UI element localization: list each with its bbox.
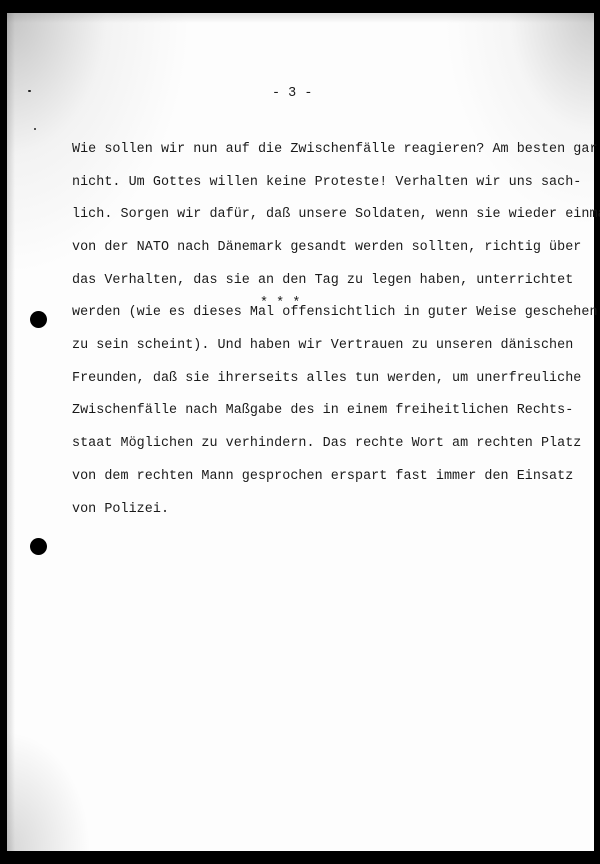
ink-speck — [28, 90, 31, 92]
punch-hole — [30, 538, 47, 555]
text-line: von der NATO nach Dänemark gesandt werde… — [72, 243, 600, 254]
text-line: Zwischenfälle nach Maßgabe des in einem … — [72, 406, 600, 417]
page-number: - 3 - — [272, 87, 312, 101]
text-line: Wie sollen wir nun auf die Zwischenfälle… — [72, 145, 600, 156]
body-paragraph: Wie sollen wir nun auf die Zwischenfälle… — [72, 123, 600, 537]
section-separator: * * * — [260, 297, 300, 311]
text-line: staat Möglichen zu verhindern. Das recht… — [72, 439, 600, 450]
text-line: lich. Sorgen wir dafür, daß unsere Solda… — [72, 210, 600, 221]
ink-speck — [34, 128, 36, 130]
text-line: das Verhalten, das sie an den Tag zu leg… — [72, 276, 600, 287]
text-line: werden (wie es dieses Mal offensichtlich… — [72, 308, 600, 319]
text-line: nicht. Um Gottes willen keine Proteste! … — [72, 178, 600, 189]
text-line: zu sein scheint). Und haben wir Vertraue… — [72, 341, 600, 352]
text-line: Freunden, daß sie ihrerseits alles tun w… — [72, 374, 600, 385]
text-line: von dem rechten Mann gesprochen erspart … — [72, 472, 600, 483]
punch-hole — [30, 311, 47, 328]
document-page: - 3 - Wie sollen wir nun auf die Zwische… — [7, 13, 594, 851]
text-line: von Polizei. — [72, 505, 600, 516]
